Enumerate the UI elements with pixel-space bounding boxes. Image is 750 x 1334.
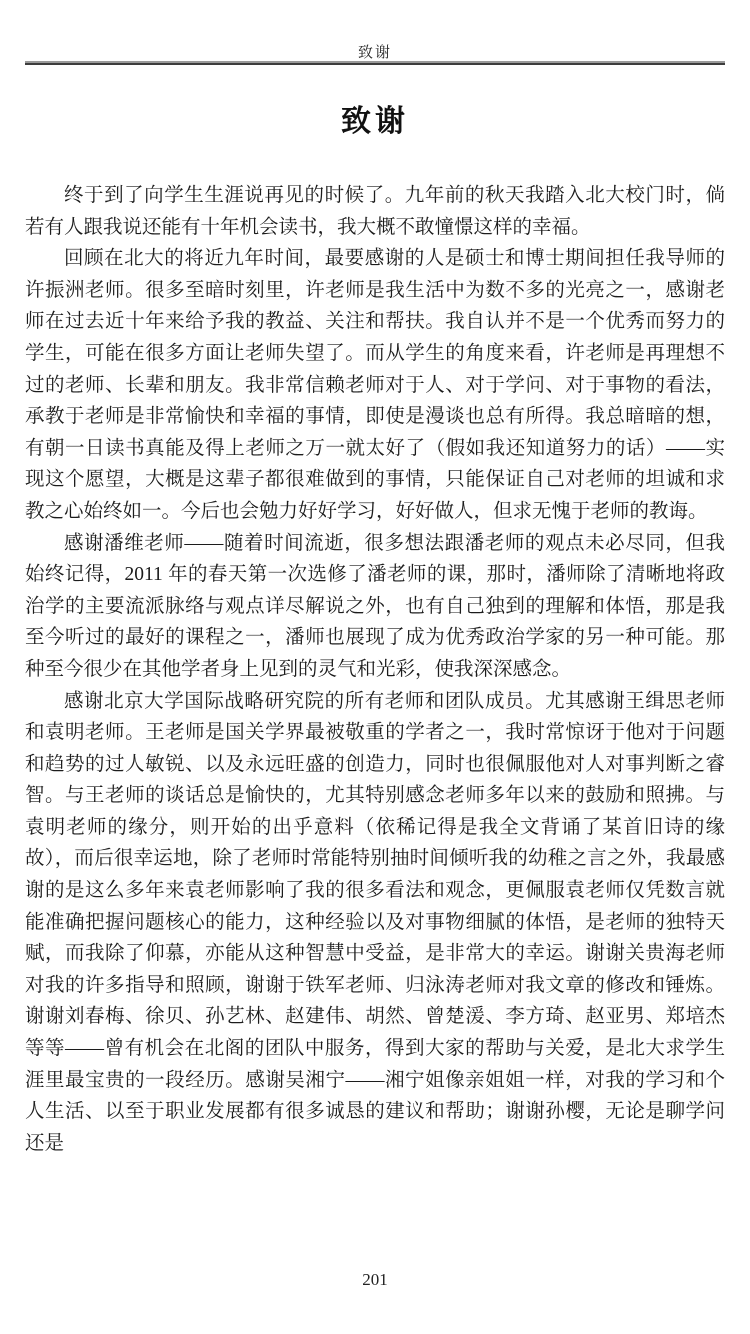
running-header: 致谢	[0, 41, 750, 62]
page-title: 致谢	[0, 96, 750, 140]
acknowledgements-paragraph-2: 回顾在北大的将近九年时间，最要感谢的人是硕士和博士期间担任我导师的许振洲老师。很…	[25, 243, 725, 527]
acknowledgements-body: 终于到了向学生生涯说再见的时候了。九年前的秋天我踏入北大校门时，倘若有人跟我说还…	[25, 180, 725, 1159]
acknowledgements-paragraph-4: 感谢北京大学国际战略研究院的所有老师和团队成员。尤其感谢王缉思老师和袁明老师。王…	[25, 686, 725, 1160]
acknowledgements-paragraph-3: 感谢潘维老师——随着时间流逝，很多想法跟潘老师的观点未必尽同，但我始终记得，20…	[25, 528, 725, 686]
header-rule	[25, 61, 725, 65]
page-number: 201	[0, 1270, 750, 1290]
acknowledgements-paragraph-1: 终于到了向学生生涯说再见的时候了。九年前的秋天我踏入北大校门时，倘若有人跟我说还…	[25, 180, 725, 243]
document-page: 致谢 致谢 终于到了向学生生涯说再见的时候了。九年前的秋天我踏入北大校门时，倘若…	[0, 0, 750, 1334]
